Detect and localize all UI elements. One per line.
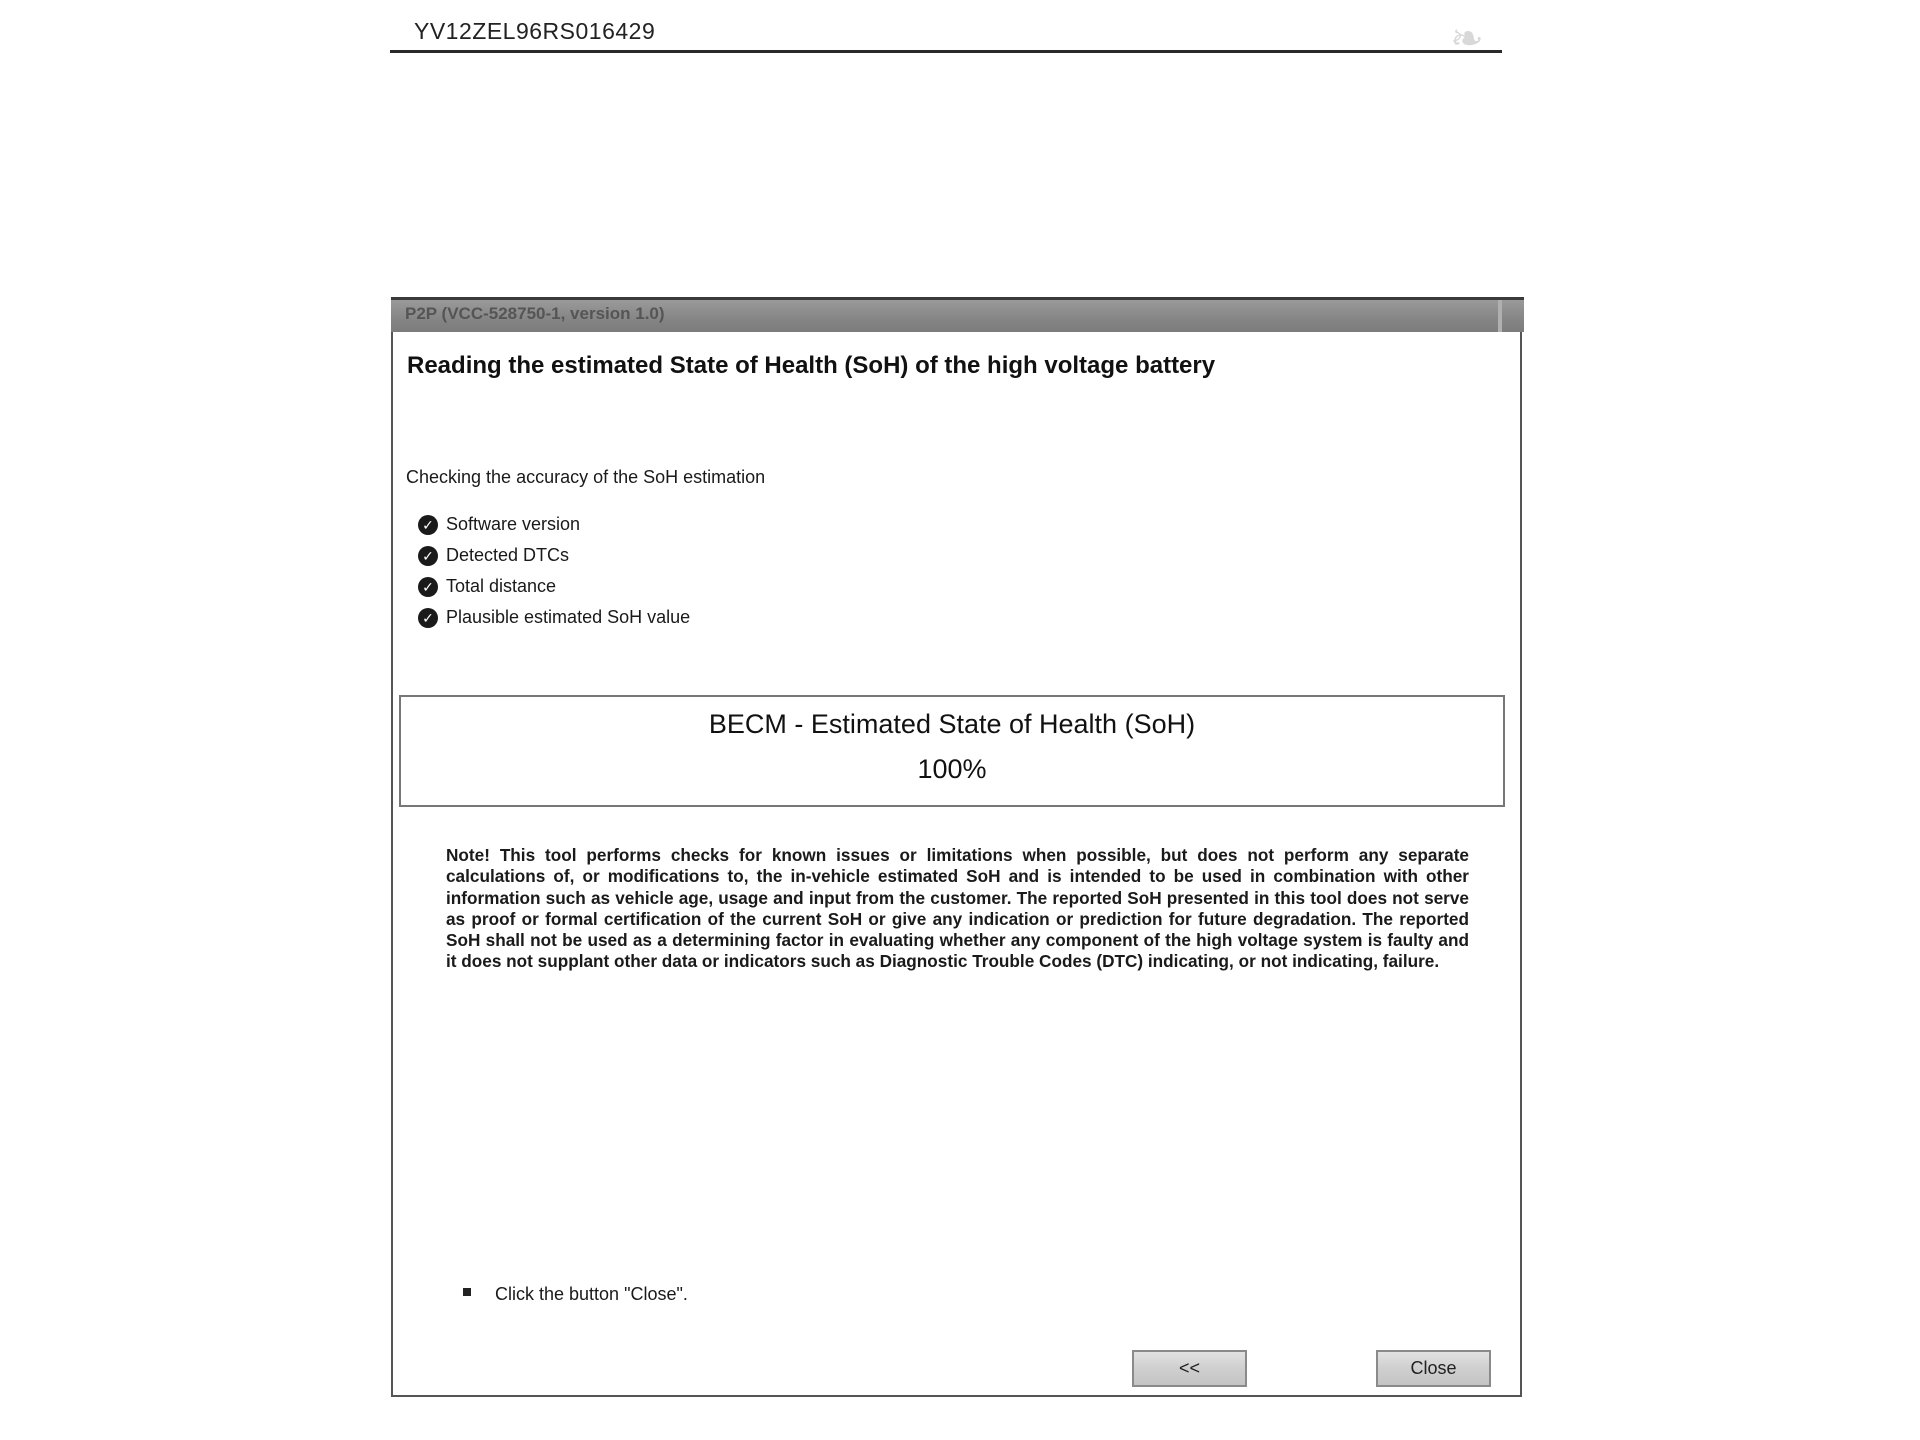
check-item-label: Plausible estimated SoH value (446, 607, 690, 628)
square-bullet-icon (463, 1288, 471, 1296)
check-item-label: Detected DTCs (446, 545, 569, 566)
check-item-detected-dtcs: ✓ Detected DTCs (418, 540, 690, 571)
signature-mark-icon: ❧ (1432, 4, 1502, 74)
check-circle-icon: ✓ (418, 577, 438, 597)
p2p-dialog-window: P2P (VCC-528750-1, version 1.0) Reading … (391, 297, 1522, 1397)
check-circle-icon: ✓ (418, 608, 438, 628)
soh-result-title: BECM - Estimated State of Health (SoH) (401, 709, 1503, 740)
window-title: P2P (VCC-528750-1, version 1.0) (405, 304, 665, 324)
check-item-software-version: ✓ Software version (418, 509, 690, 540)
check-item-label: Total distance (446, 576, 556, 597)
check-item-total-distance: ✓ Total distance (418, 571, 690, 602)
document-header: YV12ZEL96RS016429 ❧ (390, 14, 1502, 53)
check-circle-icon: ✓ (418, 515, 438, 535)
instruction-item: Click the button "Close". (463, 1284, 688, 1305)
vin-number: YV12ZEL96RS016429 (414, 18, 655, 45)
check-item-label: Software version (446, 514, 580, 535)
instruction-text: Click the button "Close". (495, 1284, 688, 1305)
check-circle-icon: ✓ (418, 546, 438, 566)
disclaimer-note: Note! This tool performs checks for know… (446, 845, 1469, 973)
check-list: ✓ Software version ✓ Detected DTCs ✓ Tot… (418, 509, 690, 633)
titlebar-divider (1498, 300, 1502, 332)
close-button[interactable]: Close (1376, 1350, 1491, 1387)
page-title: Reading the estimated State of Health (S… (407, 352, 1215, 380)
window-titlebar: P2P (VCC-528750-1, version 1.0) (391, 297, 1524, 332)
soh-result-value: 100% (401, 754, 1503, 785)
checks-intro: Checking the accuracy of the SoH estimat… (406, 467, 765, 488)
soh-result-panel: BECM - Estimated State of Health (SoH) 1… (399, 695, 1505, 807)
back-button[interactable]: << (1132, 1350, 1247, 1387)
check-item-plausible-soh: ✓ Plausible estimated SoH value (418, 602, 690, 633)
